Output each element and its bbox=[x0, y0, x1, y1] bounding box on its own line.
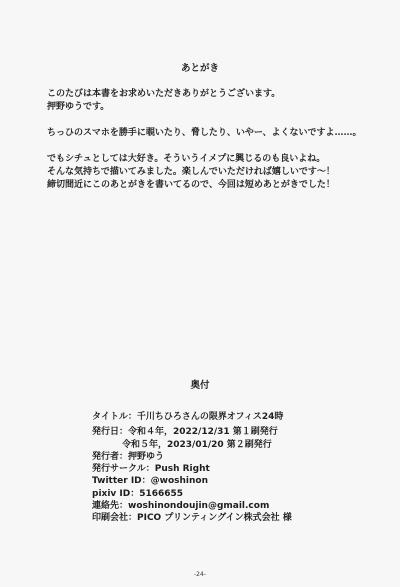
afterword-line bbox=[47, 114, 387, 127]
afterword-line: 締切間近にこのあとがきを書いてるので、今回は短めあとがきでした！ bbox=[47, 179, 387, 192]
colophon-publisher: 発行者：押野ゆう bbox=[92, 451, 292, 463]
page-number: -24- bbox=[0, 571, 400, 578]
colophon-pixiv: pixiv ID：5166655 bbox=[92, 488, 292, 500]
afterword-line bbox=[47, 140, 387, 153]
colophon-circle: 発行サークル：Push Right bbox=[92, 463, 292, 475]
colophon-title: 奥付 bbox=[0, 377, 400, 391]
colophon-contact: 連絡先：woshinondoujin@gmail.com bbox=[92, 500, 292, 512]
afterword-line: このたびは本書をお求めいただきありがとうございます。 bbox=[47, 88, 387, 101]
afterword-line: 押野ゆうです。 bbox=[47, 101, 387, 114]
afterword-body: このたびは本書をお求めいただきありがとうございます。 押野ゆうです。 ちっひのス… bbox=[47, 88, 387, 192]
colophon-twitter: Twitter ID：@woshinon bbox=[92, 475, 292, 487]
afterword-line: ちっひのスマホを勝手に覗いたり、脅したり、いやー、よくないですよ……。 bbox=[47, 127, 387, 140]
colophon-title-row: タイトル：千川ちひろさんの限界オフィス24時 bbox=[92, 411, 292, 423]
document-page: あとがき このたびは本書をお求めいただきありがとうございます。 押野ゆうです。 … bbox=[0, 0, 400, 587]
colophon-printer: 印刷会社：PICO プリンティングイン株式会社 様 bbox=[92, 512, 292, 524]
colophon-block: タイトル：千川ちひろさんの限界オフィス24時 発行日：令和４年，2022/12/… bbox=[92, 411, 292, 525]
colophon-issue-date-2: 令和５年，2023/01/20 第２刷発行 bbox=[92, 439, 292, 451]
afterword-line: でもシチュとしては大好き。そういうイメプに興じるのも良いよね。 bbox=[47, 153, 387, 166]
afterword-title: あとがき bbox=[0, 60, 400, 74]
afterword-line: そんな気持ちで描いてみました。楽しんでいただければ嬉しいです～！ bbox=[47, 166, 387, 179]
colophon-issue-date: 発行日：令和４年，2022/12/31 第１刷発行 bbox=[92, 426, 292, 438]
